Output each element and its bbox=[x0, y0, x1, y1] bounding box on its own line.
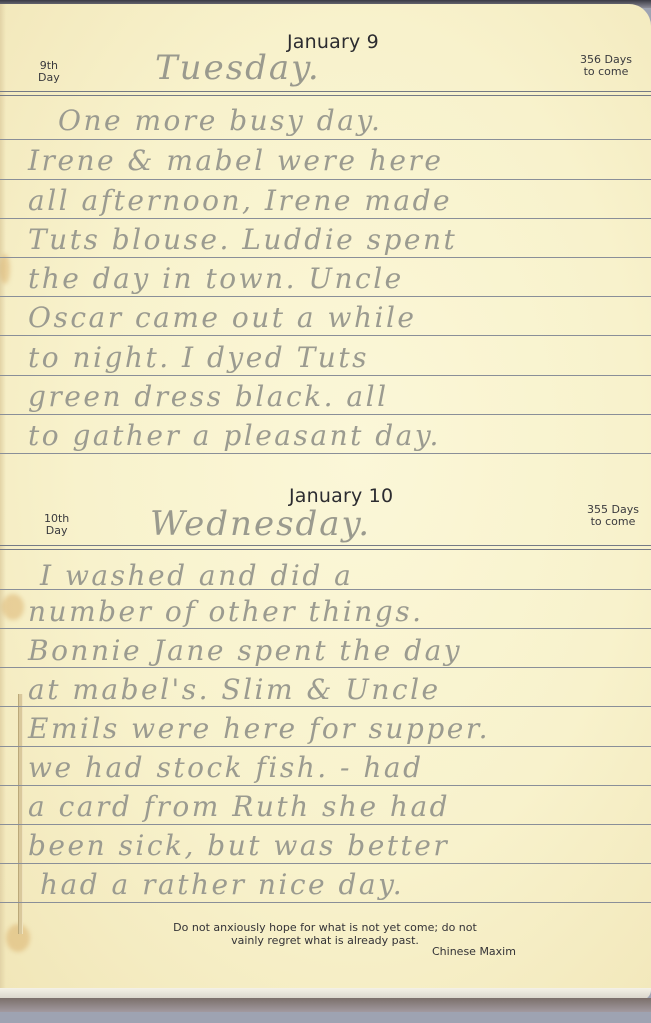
day-of-year: 10th Day bbox=[44, 513, 69, 537]
page-binding-edge bbox=[0, 4, 6, 990]
age-stain bbox=[2, 594, 24, 620]
ruled-line bbox=[0, 706, 651, 707]
handwritten-line: to night. I dyed Tuts bbox=[28, 341, 369, 374]
handwritten-line: had a rather nice day. bbox=[40, 868, 404, 901]
handwritten-line: I washed and did a bbox=[40, 559, 353, 592]
ruled-line bbox=[0, 785, 651, 786]
ruled-line bbox=[0, 139, 651, 140]
days-to-come-label: to come bbox=[587, 516, 639, 528]
handwritten-line: number of other things. bbox=[28, 595, 423, 628]
handwritten-line: Tuts blouse. Luddie spent bbox=[28, 223, 457, 256]
ruled-line bbox=[0, 667, 651, 668]
header-rule bbox=[0, 91, 651, 92]
handwritten-line: to gather a pleasant day. bbox=[28, 419, 441, 452]
quote-attribution: Chinese Maxim bbox=[432, 945, 516, 958]
ruled-line bbox=[0, 335, 651, 336]
days-to-come-label: to come bbox=[580, 66, 632, 78]
handwritten-line: Emils were here for supper. bbox=[28, 712, 490, 745]
handwritten-line: all afternoon, Irene made bbox=[28, 184, 452, 217]
handwritten-line: we had stock fish. - had bbox=[28, 751, 424, 784]
ruled-line bbox=[0, 179, 651, 180]
ruled-line bbox=[0, 414, 651, 415]
maxim-quote: Do not anxiously hope for what is not ye… bbox=[150, 921, 500, 947]
book-edge-shadow bbox=[0, 998, 651, 1012]
handwritten-weekday: Tuesday. bbox=[155, 48, 321, 88]
ruled-line bbox=[0, 218, 651, 219]
ruled-line bbox=[0, 453, 651, 454]
ruled-line bbox=[0, 863, 651, 864]
binding-thread bbox=[18, 694, 23, 934]
days-to-come: 355 Days to come bbox=[587, 504, 639, 528]
ruled-line bbox=[0, 824, 651, 825]
days-to-come: 356 Days to come bbox=[580, 54, 632, 78]
handwritten-line: been sick, but was better bbox=[28, 829, 449, 862]
header-rule bbox=[0, 549, 651, 550]
header-rule bbox=[0, 95, 651, 96]
handwritten-line: the day in town. Uncle bbox=[28, 262, 404, 295]
handwritten-line: One more busy day. bbox=[58, 104, 382, 137]
ruled-line bbox=[0, 257, 651, 258]
ruled-line bbox=[0, 628, 651, 629]
day-of-year: 9th Day bbox=[38, 60, 60, 84]
diary-page: January 9 9th Day 356 Days to come Tuesd… bbox=[0, 4, 651, 990]
handwritten-line: Irene & mabel were here bbox=[28, 144, 443, 177]
handwritten-weekday: Wednesday. bbox=[150, 504, 371, 544]
handwritten-line: at mabel's. Slim & Uncle bbox=[28, 673, 441, 706]
handwritten-line: Bonnie Jane spent the day bbox=[28, 634, 462, 667]
day-of-year-label: Day bbox=[38, 72, 60, 84]
ruled-line bbox=[0, 746, 651, 747]
ruled-line bbox=[0, 296, 651, 297]
quote-line: Do not anxiously hope for what is not ye… bbox=[150, 921, 500, 934]
age-stain bbox=[0, 254, 10, 284]
header-rule bbox=[0, 545, 651, 546]
ruled-line bbox=[0, 375, 651, 376]
ruled-line bbox=[0, 589, 651, 590]
handwritten-line: Oscar came out a while bbox=[28, 301, 417, 334]
day-of-year-label: Day bbox=[44, 525, 69, 537]
handwritten-line: a card from Ruth she had bbox=[28, 790, 450, 823]
ruled-line bbox=[0, 902, 651, 903]
handwritten-line: green dress black. all bbox=[28, 380, 389, 413]
